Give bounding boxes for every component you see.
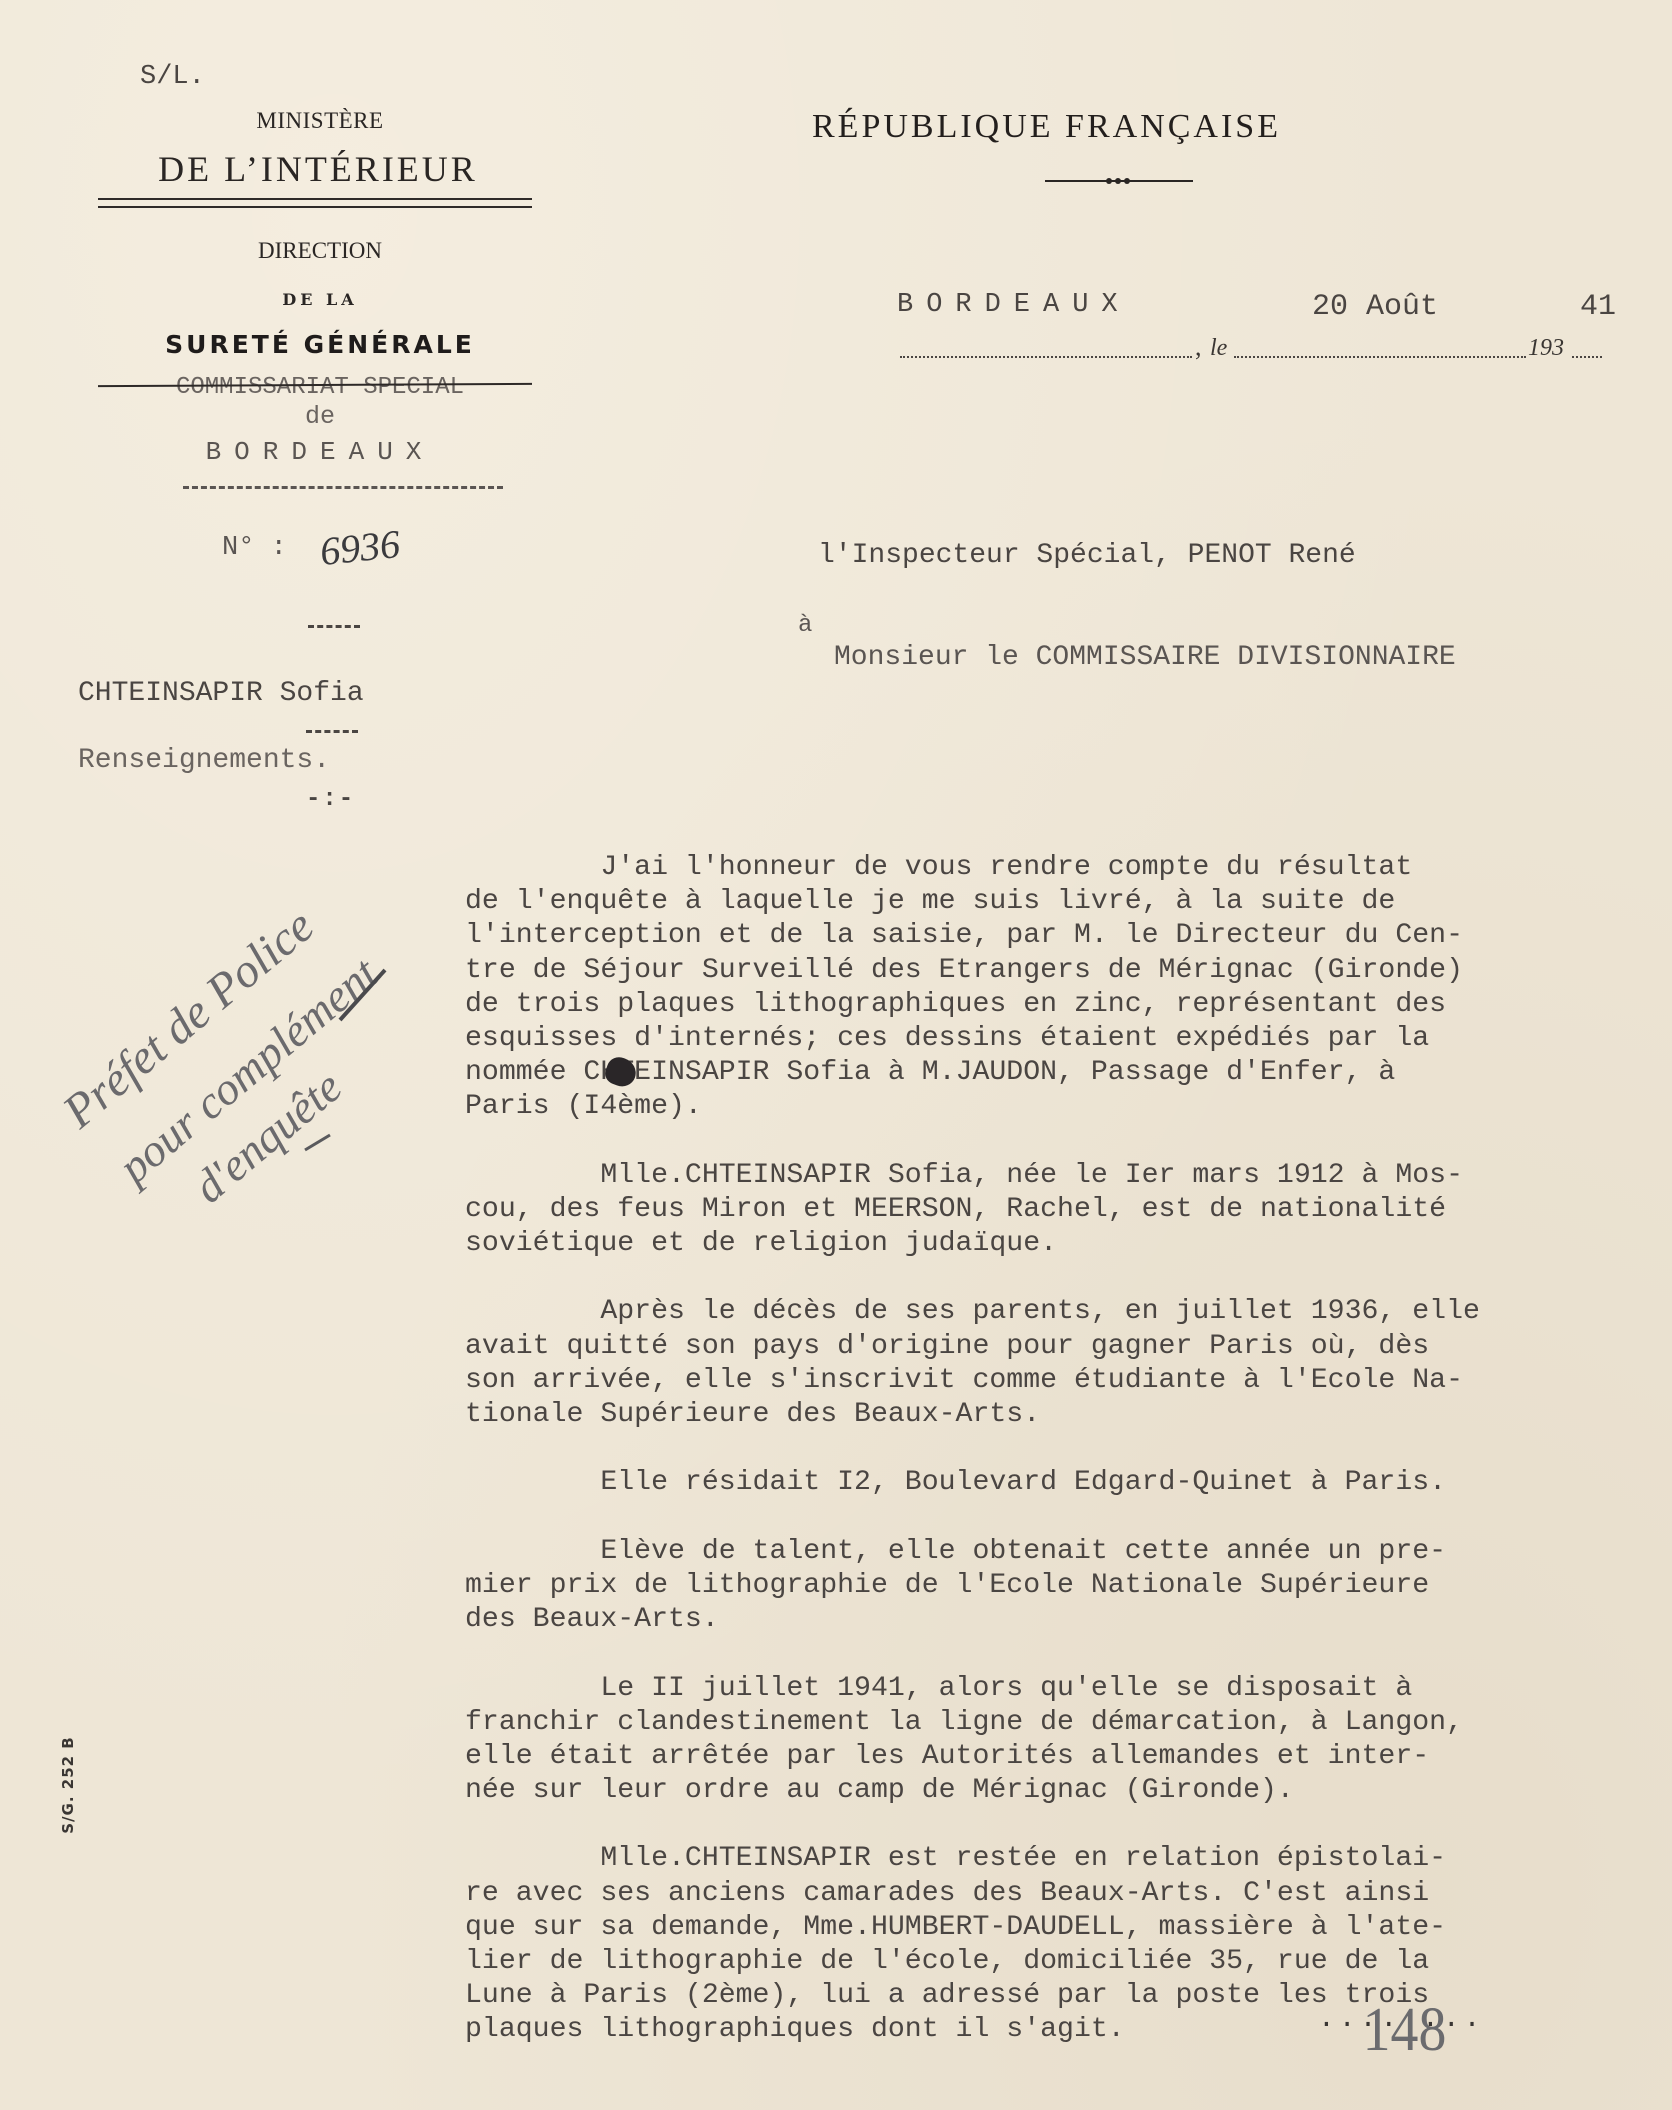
year-prefix: 193 (1528, 335, 1564, 362)
body-line: re avec ses anciens camarades des Beaux-… (465, 1877, 1665, 1911)
body-line: Après le décès de ses parents, en juille… (465, 1295, 1665, 1329)
body-line: lier de lithographie de l'école, domicil… (465, 1945, 1665, 1979)
body-line: franchir clandestinement la ligne de dém… (465, 1706, 1665, 1740)
handwritten-number: 6936 (318, 520, 402, 575)
body-line: née sur leur ordre au camp de Mérignac (… (465, 1774, 1665, 1808)
republic-heading: RÉPUBLIQUE FRANÇAISE (812, 108, 1281, 146)
body-line: tionale Supérieure des Beaux-Arts. (465, 1398, 1665, 1432)
place-dotted-line (900, 356, 1192, 358)
reference-code: S/L. (140, 62, 205, 92)
body-line: de trois plaques lithographiques en zinc… (465, 988, 1665, 1022)
body-line: J'ai l'honneur de vous rendre compte du … (465, 851, 1665, 885)
body-line: mier prix de lithographie de l'Ecole Nat… (465, 1569, 1665, 1603)
body-line: l'interception et de la saisie, par M. l… (465, 919, 1665, 953)
ministry-label: MINISTÈRE (100, 108, 540, 134)
body-line: plaques lithographiques dont il s'agit. (465, 2013, 1665, 2047)
subject-name: CHTEINSAPIR Sofia (78, 678, 364, 709)
end-separator: -:- (306, 786, 355, 813)
recipient-line: Monsieur le COMMISSAIRE DIVISIONNAIRE (834, 642, 1456, 673)
report-body: J'ai l'honneur de vous rendre compte du … (465, 851, 1665, 2048)
body-line: Elle résidait I2, Boulevard Edgard-Quine… (465, 1466, 1665, 1500)
subject-type: Renseignements. (78, 745, 330, 776)
document-page: S/L. MINISTÈRE DE L’INTÉRIEUR DIRECTION … (0, 0, 1672, 2110)
place-typed: BORDEAUX (897, 290, 1131, 320)
double-rule-divider (98, 198, 532, 208)
ministry-name: DE L’INTÉRIEUR (96, 148, 540, 190)
date-year: 41 (1580, 290, 1616, 324)
short-dash-divider (306, 730, 358, 733)
body-line: nommée CHTEINSAPIR Sofia à M.JAUDON, Pas… (465, 1056, 1665, 1090)
comma: , (1195, 332, 1202, 362)
paragraph-gap (465, 1261, 1665, 1295)
body-line: elle était arrêtée par les Autorités all… (465, 1740, 1665, 1774)
body-line: soviétique et de religion judaïque. (465, 1227, 1665, 1261)
paragraph-gap (465, 1125, 1665, 1159)
year-dotted-line (1572, 356, 1602, 358)
handwritten-margin-note: Préfet de Police pour complément d'enquê… (40, 830, 500, 1210)
body-line: son arrivée, elle s'inscrivit comme étud… (465, 1364, 1665, 1398)
body-line: Lune à Paris (2ème), lui a adressé par l… (465, 1979, 1665, 2013)
dashed-divider (183, 486, 503, 489)
form-code-stamp: S/G. 252 B (48, 1730, 88, 1840)
to-preposition: à (798, 612, 812, 639)
body-line: cou, des feus Miron et MEERSON, Rachel, … (465, 1193, 1665, 1227)
direction-label: DIRECTION (100, 238, 540, 264)
paragraph-gap (465, 1808, 1665, 1842)
number-label: N° : (222, 533, 287, 563)
date-day-month: 20 Août (1312, 290, 1438, 324)
paragraph-gap (465, 1432, 1665, 1466)
folio-number: 148 (1363, 1995, 1447, 2066)
paragraph-gap (465, 1637, 1665, 1671)
surete-generale: SURETÉ GÉNÉRALE (100, 330, 540, 359)
body-line: Mlle.CHTEINSAPIR Sofia, née le Ier mars … (465, 1159, 1665, 1193)
body-line: Elève de talent, elle obtenait cette ann… (465, 1535, 1665, 1569)
body-line: Mlle.CHTEINSAPIR est restée en relation … (465, 1842, 1665, 1876)
le-label: le (1210, 335, 1227, 362)
body-line: Paris (I4ème). (465, 1090, 1665, 1124)
sender-line: l'Inspecteur Spécial, PENOT René (818, 540, 1356, 571)
date-dotted-line (1234, 356, 1526, 358)
struck-office-label: COMMISSARIAT SPECIAL (100, 374, 540, 401)
body-line: de l'enquête à laquelle je me suis livré… (465, 885, 1665, 919)
body-line: tre de Séjour Surveillé des Etrangers de… (465, 954, 1665, 988)
short-dash-divider (308, 625, 360, 628)
office-city: BORDEAUX (100, 437, 540, 467)
ornament-divider (1045, 176, 1193, 186)
body-line: esquisses d'internés; ces dessins étaien… (465, 1022, 1665, 1056)
body-line: que sur sa demande, Mme.HUMBERT-DAUDELL,… (465, 1911, 1665, 1945)
paragraph-gap (465, 1501, 1665, 1535)
body-line: avait quitté son pays d'origine pour gag… (465, 1330, 1665, 1364)
direction-connector: DE LA (100, 290, 540, 309)
body-line: des Beaux-Arts. (465, 1603, 1665, 1637)
body-line: Le II juillet 1941, alors qu'elle se dis… (465, 1672, 1665, 1706)
office-de: de (100, 402, 540, 431)
